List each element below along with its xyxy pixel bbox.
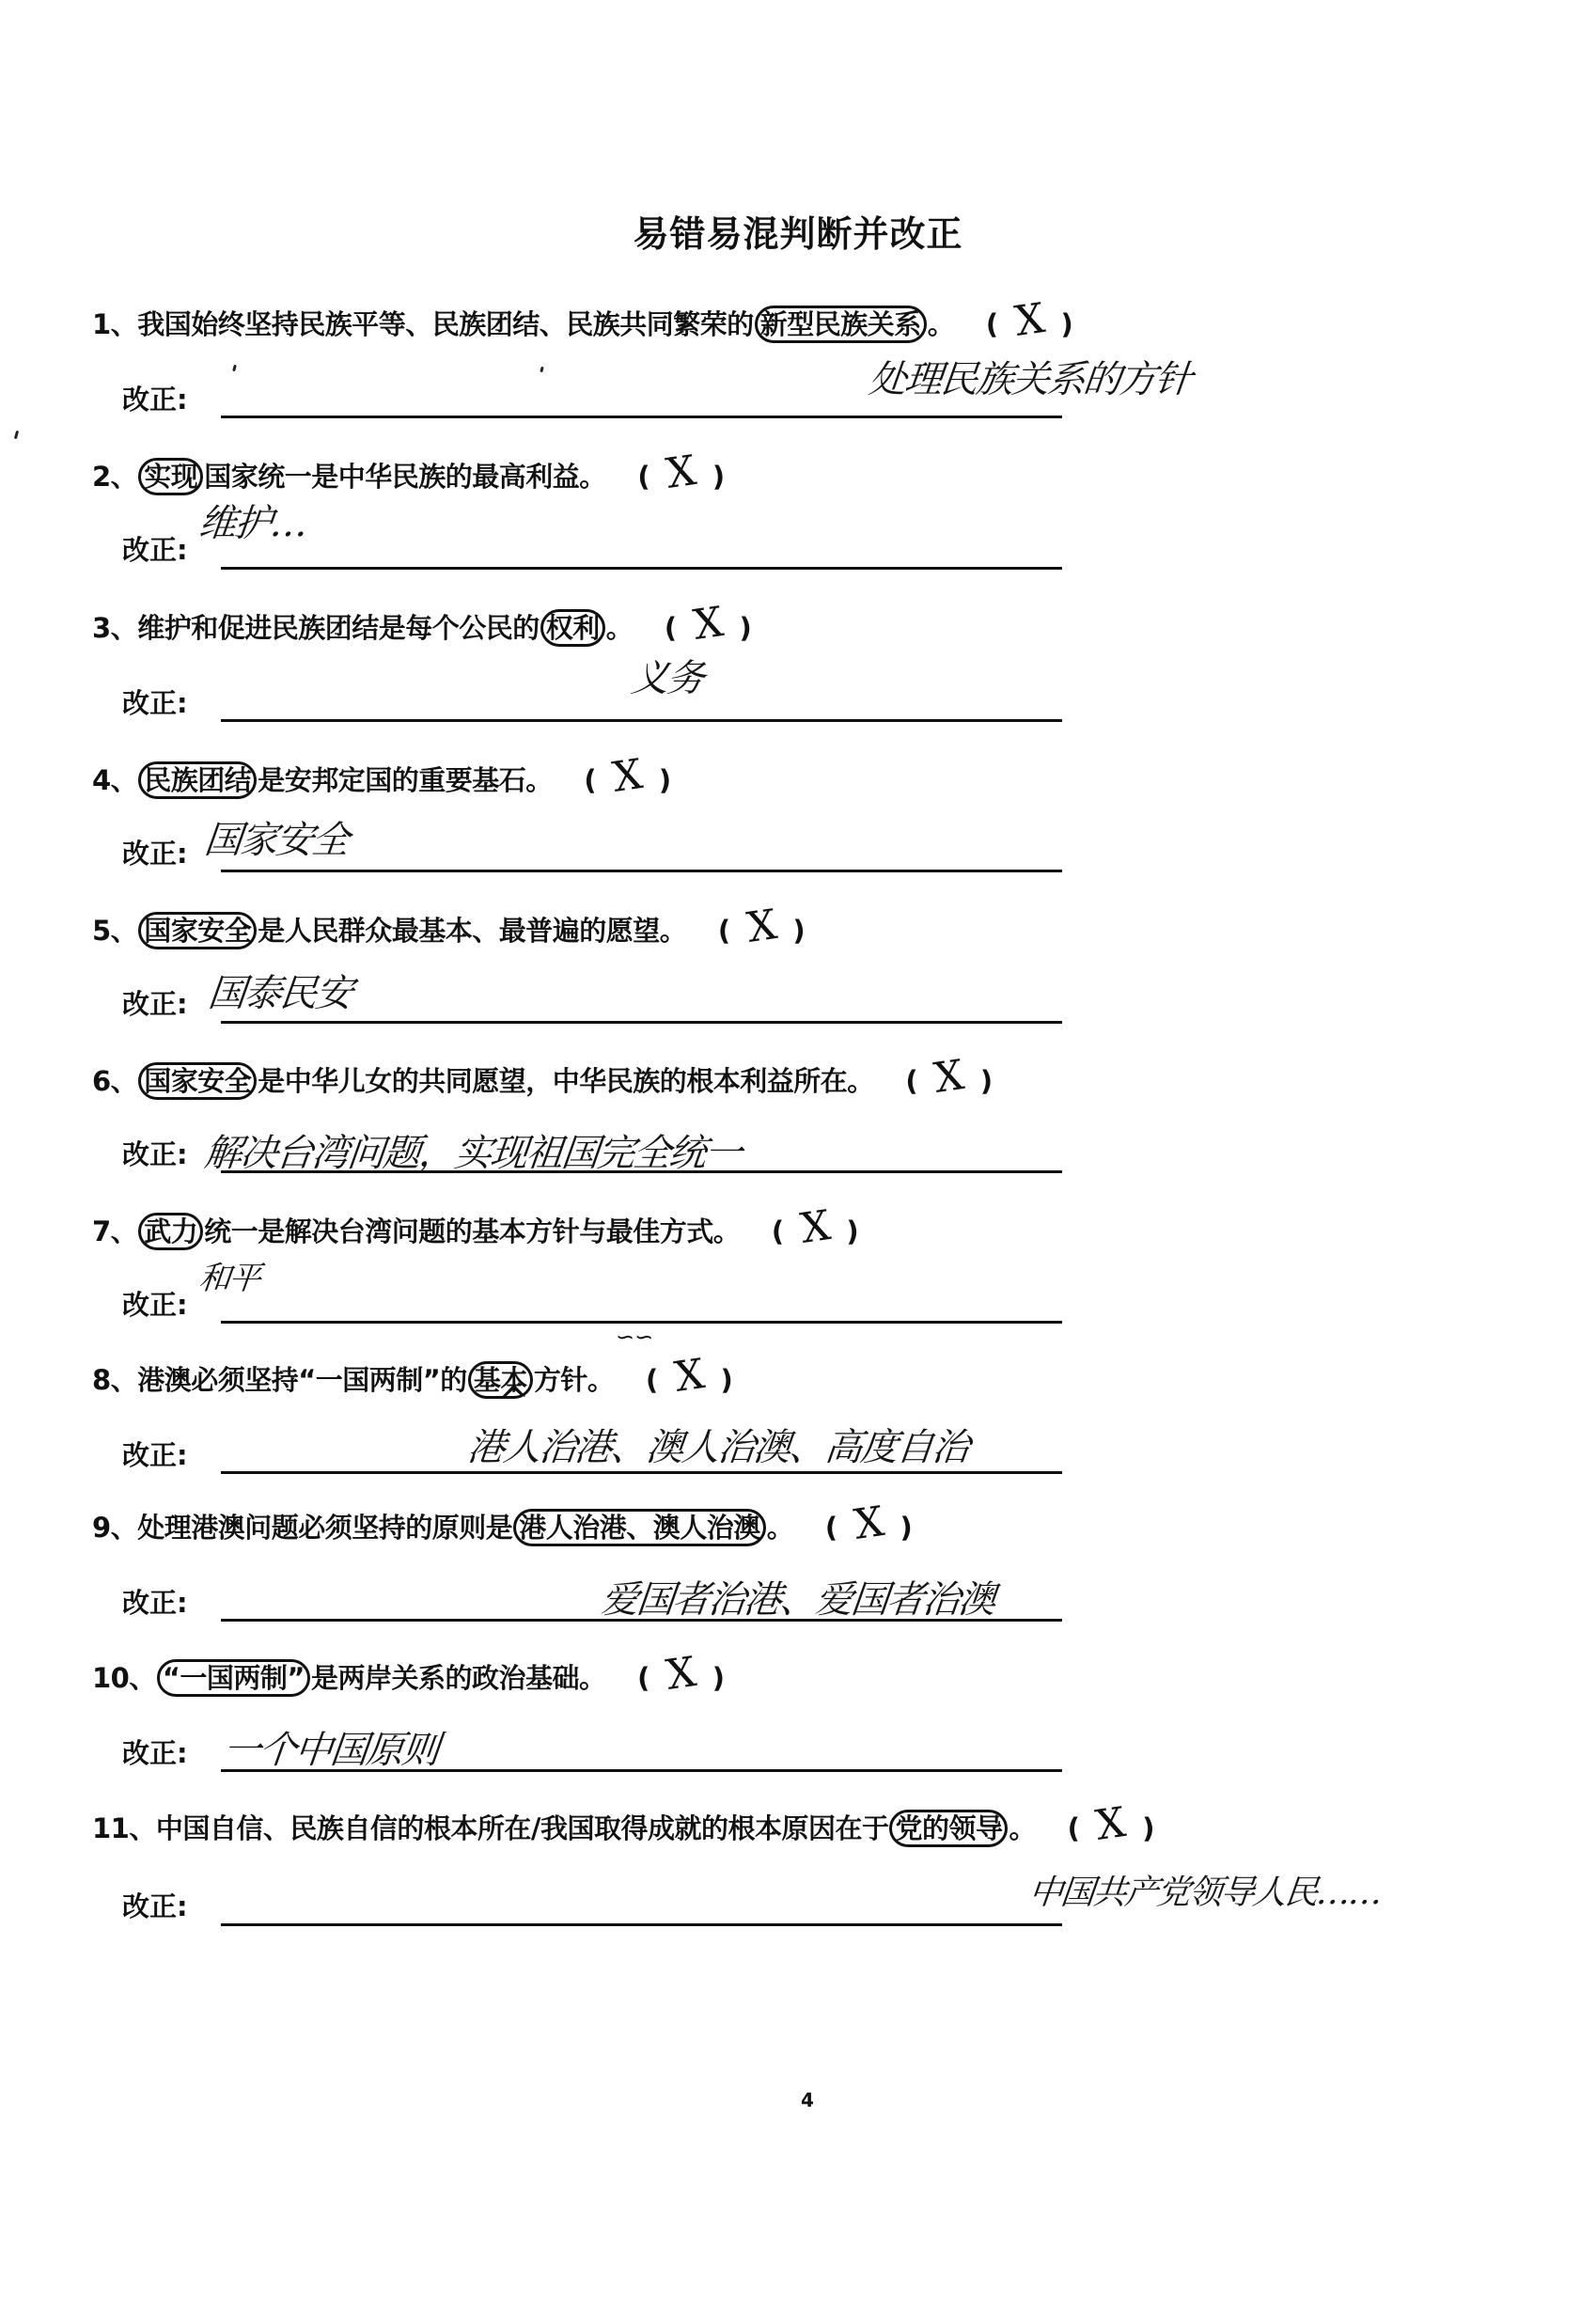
circled-error-phrase: 新型民族关系	[755, 306, 927, 343]
cross-mark-icon: X	[611, 761, 644, 792]
cross-mark-icon: X	[665, 1658, 697, 1690]
cross-mark-icon: X	[853, 1508, 885, 1540]
cross-mark-icon: X	[745, 911, 778, 943]
question-text: 是安邦定国的重要基石。	[258, 764, 553, 796]
handwritten-answer-11: 中国共产党领导人民……	[1026, 1866, 1383, 1914]
cross-mark-icon: X	[1094, 1809, 1127, 1841]
circled-error-phrase: 武力	[138, 1213, 203, 1250]
question-punct: 。	[928, 308, 955, 340]
question-text: 是人民群众最基本、最普遍的愿望。	[258, 915, 686, 947]
handwritten-answer-2: 维护…	[196, 494, 309, 547]
correction-label: 改正:	[122, 1286, 188, 1324]
cross-mark-icon: X	[1013, 305, 1046, 337]
judgment-mark: (X)	[1068, 1812, 1154, 1844]
question-7: 7、武力统一是解决台湾问题的基本方针与最佳方式。 (X)	[92, 1213, 858, 1250]
correction-label: 改正:	[122, 381, 188, 418]
answer-line	[221, 1923, 1062, 1926]
question-number: 9、	[92, 1512, 137, 1544]
answer-line	[221, 1471, 1062, 1474]
stray-pen-mark	[14, 431, 19, 439]
judgment-mark: (X)	[665, 612, 751, 644]
question-number: 4、	[92, 764, 137, 796]
circled-error-phrase: 民族团结	[138, 761, 257, 799]
question-text: 维护和促进民族团结是每个公民的	[137, 612, 540, 644]
judgment-mark: (X)	[905, 1065, 992, 1097]
question-1: 1、我国始终坚持民族平等、民族团结、民族共同繁荣的新型民族关系。 (X)	[92, 306, 1072, 343]
correction-label: 改正:	[122, 1136, 188, 1173]
answer-line	[221, 870, 1062, 872]
question-text: 是两岸关系的政治基础。	[311, 1662, 606, 1694]
question-number: 11、	[92, 1812, 156, 1844]
handwritten-answer-4: 国家安全	[202, 810, 351, 864]
question-9: 9、处理港澳问题必须坚持的原则是港人治港、澳人治澳。 (X)	[92, 1509, 912, 1546]
question-5: 5、国家安全是人民群众最基本、最普遍的愿望。 (X)	[92, 912, 805, 949]
question-punct: 。	[606, 612, 634, 644]
stray-pen-mark	[232, 365, 237, 372]
circled-error-phrase: 国家安全	[138, 1062, 257, 1100]
correction-label: 改正:	[122, 835, 188, 872]
question-6: 6、国家安全是中华儿女的共同愿望，中华民族的根本利益所在。 (X)	[92, 1062, 993, 1100]
question-text: 国家统一是中华民族的最高利益。	[204, 461, 606, 493]
question-text: 处理港澳问题必须坚持的原则是	[137, 1512, 512, 1544]
judgment-mark: (X)	[718, 915, 805, 947]
judgment-mark: (X)	[772, 1215, 858, 1247]
correction-label: 改正:	[122, 531, 188, 569]
handwritten-answer-6: 解决台湾问题，实现祖国完全统一	[202, 1123, 743, 1177]
circled-error-phrase: 港人治港、澳人治澳	[513, 1509, 766, 1546]
judgment-mark: (X)	[584, 764, 670, 796]
wavy-annotation-mark: ∽∽	[616, 1324, 653, 1350]
correction-label: 改正:	[122, 1584, 188, 1622]
handwritten-answer-1: 处理民族关系的方针	[867, 350, 1194, 403]
question-punct: 。	[1009, 1812, 1036, 1844]
question-number: 7、	[92, 1215, 137, 1247]
handwritten-answer-5: 国泰民安	[206, 964, 354, 1017]
answer-line	[221, 719, 1062, 722]
question-number: 8、	[92, 1364, 137, 1396]
worksheet-title: 易错易混判断并改正	[0, 205, 1596, 257]
cross-mark-icon: X	[673, 1360, 706, 1392]
judgment-mark: (X)	[637, 1662, 724, 1694]
question-text: 是中华儿女的共同愿望，中华民族的根本利益所在。	[258, 1065, 874, 1097]
circled-error-phrase: 国家安全	[138, 912, 257, 949]
cross-mark-icon: X	[692, 608, 725, 640]
judgment-mark: (X)	[825, 1512, 912, 1544]
correction-label: 改正:	[122, 1436, 188, 1474]
judgment-mark: (X)	[986, 308, 1072, 340]
question-8: 8、港澳必须坚持“一国两制”的基本方针。 (X)	[92, 1361, 732, 1399]
cross-mark-icon: X	[799, 1212, 832, 1244]
judgment-mark: (X)	[637, 461, 724, 493]
judgment-mark: (X)	[646, 1364, 732, 1396]
question-punct: 。	[767, 1512, 794, 1544]
question-number: 3、	[92, 612, 137, 644]
question-4: 4、民族团结是安邦定国的重要基石。 (X)	[92, 761, 671, 799]
stray-pen-mark	[540, 367, 543, 373]
handwritten-answer-7: 和平	[196, 1252, 261, 1298]
circled-error-phrase: 党的领导	[889, 1810, 1008, 1847]
question-text: 中国自信、民族自信的根本所在/我国取得成就的根本原因在于	[156, 1812, 889, 1844]
question-text: 港澳必须坚持“一国两制”的	[137, 1364, 467, 1396]
handwritten-answer-9: 爱国者治港、爱国者治澳	[599, 1570, 997, 1623]
circled-error-phrase: 权利	[540, 609, 605, 647]
question-11: 11、中国自信、民族自信的根本所在/我国取得成就的根本原因在于党的领导。 (X)	[92, 1810, 1154, 1847]
question-number: 6、	[92, 1065, 137, 1097]
question-text: 统一是解决台湾问题的基本方针与最佳方式。	[204, 1215, 740, 1247]
question-number: 10、	[92, 1662, 156, 1694]
answer-line	[221, 1021, 1062, 1024]
question-text: 我国始终坚持民族平等、民族团结、民族共同繁荣的	[137, 308, 754, 340]
handwritten-answer-10: 一个中国原则	[221, 1720, 441, 1774]
cross-mark-icon: X	[932, 1061, 965, 1093]
page-number: 4	[801, 2089, 814, 2111]
question-3: 3、维护和促进民族团结是每个公民的权利。 (X)	[92, 609, 751, 647]
correction-label: 改正:	[122, 1888, 188, 1925]
circled-error-phrase: 实现	[138, 458, 203, 495]
cross-mark-icon: X	[665, 457, 697, 489]
question-number: 5、	[92, 915, 137, 947]
answer-line	[221, 567, 1062, 570]
handwritten-answer-3: 义务	[629, 649, 706, 702]
question-number: 2、	[92, 461, 137, 493]
question-number: 1、	[92, 308, 137, 340]
correction-label: 改正:	[122, 985, 188, 1023]
question-10: 10、“一国两制”是两岸关系的政治基础。 (X)	[92, 1659, 724, 1697]
question-text-tail: 方针。	[534, 1364, 615, 1396]
circled-error-phrase: “一国两制”	[157, 1659, 310, 1697]
question-2: 2、实现国家统一是中华民族的最高利益。 (X)	[92, 458, 725, 495]
correction-label: 改正:	[122, 684, 188, 722]
handwritten-answer-8: 港人治港、澳人治澳、高度自治	[465, 1418, 971, 1471]
answer-line	[221, 416, 1062, 418]
correction-label: 改正:	[122, 1734, 188, 1772]
